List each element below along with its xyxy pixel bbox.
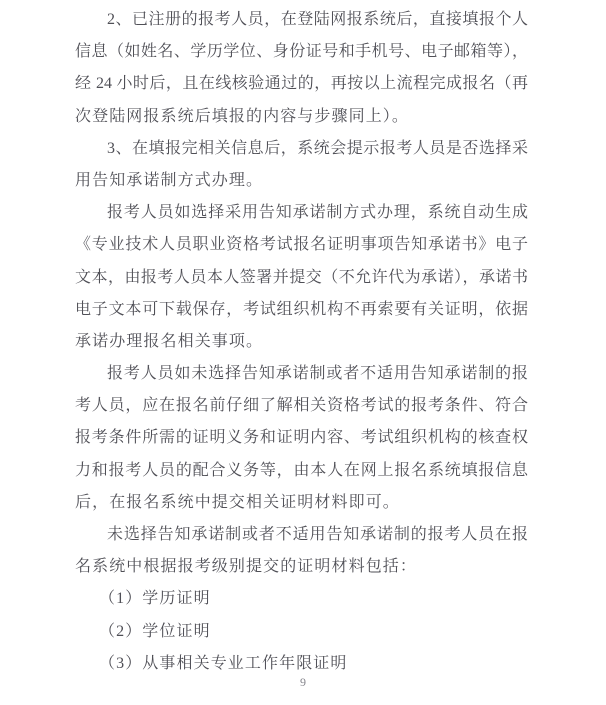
text-line: 后，在报名系统中提交相关证明材料即可。	[75, 487, 528, 519]
document-body: 2、已注册的报考人员，在登陆网报系统后，直接填报个人 信息（如姓名、学历学位、身…	[75, 4, 528, 680]
text-line: 考人员，应在报名前仔细了解相关资格考试的报考条件、符合	[75, 390, 528, 422]
list-item: （2）学位证明	[75, 616, 528, 648]
text-line: 名系统中根据报考级别提交的证明材料包括：	[75, 551, 528, 583]
text-line: 未选择告知承诺制或者不适用告知承诺制的报考人员在报	[75, 519, 528, 551]
text-line: 《专业技术人员职业资格考试报名证明事项告知承诺书》电子	[75, 229, 528, 261]
text-line: 用告知承诺制方式办理。	[75, 165, 528, 197]
text-line: 报考人员如选择采用告知承诺制方式办理，系统自动生成	[75, 197, 528, 229]
text-line: 3、在填报完相关信息后，系统会提示报考人员是否选择采	[75, 133, 528, 165]
text-line: 承诺办理报名相关事项。	[75, 326, 528, 358]
text-line: 信息（如姓名、学历学位、身份证号和手机号、电子邮箱等），	[75, 36, 528, 68]
page-number: 9	[0, 674, 606, 690]
text-line: 经 24 小时后，且在线核验通过的，再按以上流程完成报名（再	[75, 68, 528, 100]
text-line: 力和报考人员的配合义务等，由本人在网上报名系统填报信息	[75, 455, 528, 487]
document-page: 2、已注册的报考人员，在登陆网报系统后，直接填报个人 信息（如姓名、学历学位、身…	[0, 0, 606, 705]
text-line: 2、已注册的报考人员，在登陆网报系统后，直接填报个人	[75, 4, 528, 36]
text-line: 报考人员如未选择告知承诺制或者不适用告知承诺制的报	[75, 358, 528, 390]
list-item: （1）学历证明	[75, 583, 528, 615]
text-line: 文本，由报考人员本人签署并提交（不允许代为承诺），承诺书	[75, 262, 528, 294]
text-line: 次登陆网报系统后填报的内容与步骤同上）。	[75, 101, 528, 133]
text-line: 电子文本可下载保存，考试组织机构不再索要有关证明，依据	[75, 294, 528, 326]
text-line: 报考条件所需的证明义务和证明内容、考试组织机构的核查权	[75, 422, 528, 454]
